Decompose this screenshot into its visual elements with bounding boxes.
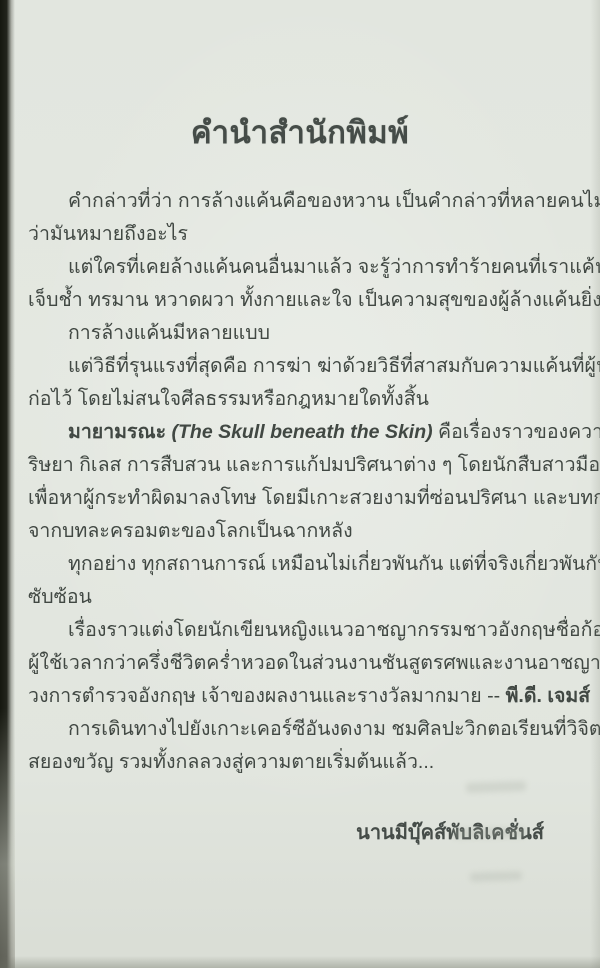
paragraph: เรื่องราวแต่งโดยนักเขียนหญิงแนวอาชญากรรม…: [28, 614, 574, 713]
text-segment: ว่ามันหมายถึงอะไร: [28, 223, 188, 245]
text-line: เพื่อหาผู้กระทำผิดมาลงโทษ โดยมีเกาะสวยงา…: [28, 482, 574, 515]
paragraph: มายามรณะ (The Skull beneath the Skin) คื…: [28, 416, 574, 548]
paragraph: คำกล่าวที่ว่า การล้างแค้นคือของหวาน เป็น…: [28, 185, 574, 251]
text-segment: การล้างแค้นมีหลายแบบ: [68, 322, 270, 344]
text-segment: (The Skull beneath the Skin): [172, 421, 433, 443]
text-segment: เจ็บช้ำ ทรมาน หวาดผวา ทั้งกายและใจ เป็นค…: [28, 289, 600, 311]
scanned-book-page: คำนำสำนักพิมพ์ คำกล่าวที่ว่า การล้างแค้น…: [0, 0, 600, 968]
text-segment: แต่ใครที่เคยล้างแค้นคนอื่นมาแล้ว จะรู้ว่…: [68, 256, 600, 278]
page-title: คำนำสำนักพิมพ์: [0, 21, 600, 157]
text-segment: ก่อไว้ โดยไม่สนใจศีลธรรมหรือกฎหมายใดทั้ง…: [28, 388, 429, 410]
ink-showthrough: [470, 871, 522, 882]
text-line: แต่ใครที่เคยล้างแค้นคนอื่นมาแล้ว จะรู้ว่…: [28, 251, 574, 284]
text-segment: สยองขวัญ รวมทั้งกลลวงสู่ความตายเริ่มต้นแ…: [28, 751, 434, 773]
text-segment: เพื่อหาผู้กระทำผิดมาลงโทษ โดยมีเกาะสวยงา…: [28, 487, 600, 509]
text-line: มายามรณะ (The Skull beneath the Skin) คื…: [28, 416, 574, 449]
foreword-body: คำกล่าวที่ว่า การล้างแค้นคือของหวาน เป็น…: [0, 185, 600, 779]
paragraph: แต่ใครที่เคยล้างแค้นคนอื่นมาแล้ว จะรู้ว่…: [28, 251, 574, 317]
paragraph: การล้างแค้นมีหลายแบบ: [28, 317, 574, 350]
text-line: การเดินทางไปยังเกาะเคอร์ซีอันงดงาม ชมศิล…: [28, 713, 574, 746]
text-segment: วงการตำรวจอังกฤษ เจ้าของผลงานและรางวัลมา…: [28, 685, 506, 707]
ink-showthrough: [466, 781, 526, 793]
text-segment: การเดินทางไปยังเกาะเคอร์ซีอันงดงาม ชมศิล…: [68, 718, 600, 740]
text-line: จากบทละครอมตะของโลกเป็นฉากหลัง: [28, 515, 574, 548]
text-segment: จากบทละครอมตะของโลกเป็นฉากหลัง: [28, 520, 353, 542]
text-segment: มายามรณะ: [68, 421, 172, 443]
text-segment: ซับซ้อน: [28, 586, 92, 608]
text-line: เจ็บช้ำ ทรมาน หวาดผวา ทั้งกายและใจ เป็นค…: [28, 284, 574, 317]
text-line: คำกล่าวที่ว่า การล้างแค้นคือของหวาน เป็น…: [28, 185, 574, 218]
text-line: สยองขวัญ รวมทั้งกลลวงสู่ความตายเริ่มต้นแ…: [28, 746, 574, 779]
text-segment: คำกล่าวที่ว่า การล้างแค้นคือของหวาน เป็น…: [68, 190, 600, 212]
text-line: วงการตำรวจอังกฤษ เจ้าของผลงานและรางวัลมา…: [28, 680, 574, 713]
paragraph: การเดินทางไปยังเกาะเคอร์ซีอันงดงาม ชมศิล…: [28, 713, 574, 779]
text-line: ผู้ใช้เวลากว่าครึ่งชีวิตคร่ำหวอดในส่วนงา…: [28, 647, 574, 680]
paragraph: ทุกอย่าง ทุกสถานการณ์ เหมือนไม่เกี่ยวพัน…: [28, 548, 574, 614]
text-segment: พี.ดี. เจมส์: [506, 685, 591, 707]
paragraph: แต่วิธีที่รุนแรงที่สุดคือ การฆ่า ฆ่าด้วย…: [28, 350, 574, 416]
text-segment: เรื่องราวแต่งโดยนักเขียนหญิงแนวอาชญากรรม…: [68, 619, 600, 641]
text-segment: ริษยา กิเลส การสืบสวน และการแก้ปมปริศนาต…: [28, 454, 600, 476]
text-segment: ทุกอย่าง ทุกสถานการณ์ เหมือนไม่เกี่ยวพัน…: [68, 553, 600, 575]
ink-showthrough: [452, 827, 526, 838]
page-edge-bottom: [0, 956, 600, 968]
text-line: ริษยา กิเลส การสืบสวน และการแก้ปมปริศนาต…: [28, 449, 574, 482]
text-segment: แต่วิธีที่รุนแรงที่สุดคือ การฆ่า ฆ่าด้วย…: [68, 355, 600, 377]
book-gutter-fade: [0, 708, 15, 968]
text-line: ว่ามันหมายถึงอะไร: [28, 218, 574, 251]
text-line: การล้างแค้นมีหลายแบบ: [28, 317, 574, 350]
text-line: แต่วิธีที่รุนแรงที่สุดคือ การฆ่า ฆ่าด้วย…: [28, 350, 574, 383]
text-segment: คือเรื่องราวของความ: [433, 421, 600, 443]
text-segment: ผู้ใช้เวลากว่าครึ่งชีวิตคร่ำหวอดในส่วนงา…: [28, 652, 600, 674]
text-line: ก่อไว้ โดยไม่สนใจศีลธรรมหรือกฎหมายใดทั้ง…: [28, 383, 574, 416]
text-line: เรื่องราวแต่งโดยนักเขียนหญิงแนวอาชญากรรม…: [28, 614, 574, 647]
text-line: ทุกอย่าง ทุกสถานการณ์ เหมือนไม่เกี่ยวพัน…: [28, 548, 574, 581]
page-edge-right: [590, 0, 600, 968]
text-line: ซับซ้อน: [28, 581, 574, 614]
